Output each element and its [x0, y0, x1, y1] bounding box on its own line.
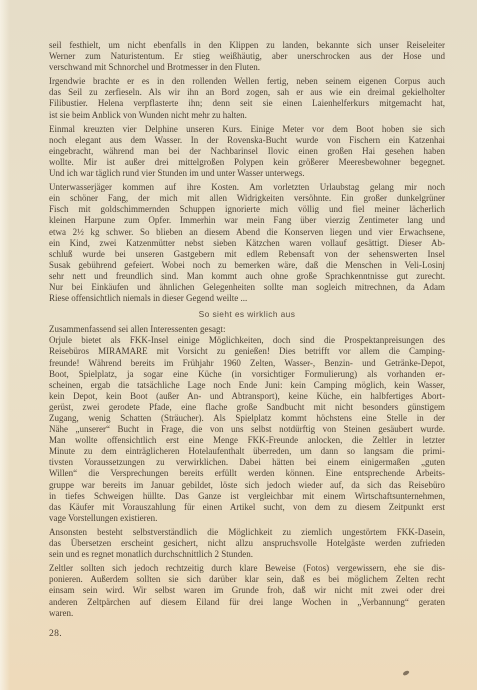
- text-line: ein Kind, zwei Katzenmütter nebst sieben…: [49, 238, 445, 249]
- ink-speck-artifact: [402, 670, 410, 676]
- text-line: Irgendwie brachte er es in den rollenden…: [49, 76, 445, 87]
- page-number: 28.: [49, 628, 62, 639]
- scanned-book-page: seil festhielt, um nicht ebenfalls in de…: [0, 0, 477, 690]
- text-line: ist sie beim Anblick von Wunden nicht me…: [49, 110, 445, 121]
- text-line: verschwand mit Schnorchel und Brotmesser…: [49, 62, 445, 73]
- section-heading: So sieht es wirklich aus: [49, 309, 445, 320]
- text-line: kein Depot, kein Boot (außer An- und Abt…: [49, 391, 445, 402]
- text-line: Einmal kreuzten vier Delphine unseren Ku…: [49, 124, 445, 135]
- text-line: Riese offensichtlich niemals in dieser G…: [49, 293, 445, 304]
- text-line: Minute zu dem einträglicheren Hotelaufen…: [49, 446, 445, 457]
- text-line: Zusammenfassend sei allen Interessenten …: [49, 324, 445, 335]
- text-line: anderen Zeltpärchen auf diesem Eiland fü…: [49, 597, 445, 608]
- paragraph: Irgendwie brachte er es in den rollenden…: [49, 76, 445, 120]
- text-line: Und ich war täglich rund vier Stunden im…: [49, 168, 445, 179]
- text-line: Willen“ die Versprechungen bereits erfül…: [49, 468, 445, 479]
- text-line: scheinen, ergab die tatsächliche Lage no…: [49, 380, 445, 391]
- text-line: wollte. Mir ist außer drei mittelgroßen …: [49, 157, 445, 168]
- text-line: seil festhielt, um nicht ebenfalls in de…: [49, 40, 445, 51]
- text-line: gerüst, zwei gerodete Pfade, eine flache…: [49, 402, 445, 413]
- text-line: Ansonsten besteht selbstverständlich die…: [49, 527, 445, 538]
- text-line: freunde! Während bereits im Frühjahr 196…: [49, 358, 445, 369]
- page-edge-highlight: [0, 0, 10, 690]
- text-line: waren.: [49, 608, 445, 619]
- text-line: sein und es regnet monatlich durchschnit…: [49, 549, 445, 560]
- paragraph: seil festhielt, um nicht ebenfalls in de…: [49, 40, 445, 73]
- text-line: sehr nett und freundlich sind. Man kommt…: [49, 271, 445, 282]
- paragraph: Orjule bietet als FKK-Insel einige Mögli…: [49, 335, 445, 524]
- text-line: Man wollte offensichtlich erst eine Meng…: [49, 435, 445, 446]
- text-line: Zeltler sollten sich jedoch rechtzeitig …: [49, 563, 445, 574]
- text-line: eingebracht, während man bei der Nachbar…: [49, 146, 445, 157]
- text-line: Fisch mit goldschimmernden Schuppen igno…: [49, 204, 445, 215]
- paragraph: Zeltler sollten sich jedoch rechtzeitig …: [49, 563, 445, 618]
- paragraph: Ansonsten besteht selbstverständlich die…: [49, 527, 445, 560]
- text-line: Zugang, wenig Schatten (Sträucher). Als …: [49, 413, 445, 424]
- text-line: Orjule bietet als FKK-Insel einige Mögli…: [49, 335, 445, 346]
- text-line: in tiefes Schweigen hüllte. Das Ganze is…: [49, 491, 445, 502]
- text-line: das Käufer mit Vorauszahlung für einen A…: [49, 502, 445, 513]
- text-line: das Übersetzen erscheint gesichert, nich…: [49, 538, 445, 549]
- text-line: tivsten Voraussetzungen zu verwirklichen…: [49, 457, 445, 468]
- text-line: Boot, Spielplatz, ja sogar eine Küche (i…: [49, 369, 445, 380]
- paragraph: Einmal kreuzten vier Delphine unseren Ku…: [49, 124, 445, 179]
- text-line: Unterwasserjäger kommen auf ihre Kosten.…: [49, 182, 445, 193]
- paragraph: Unterwasserjäger kommen auf ihre Kosten.…: [49, 182, 445, 304]
- text-line: noch elegant aus dem Wasser. In der Rove…: [49, 135, 445, 146]
- text-line: Filibustier. Helena verpflasterte ihn; d…: [49, 98, 445, 109]
- paragraph: Zusammenfassend sei allen Interessenten …: [49, 324, 445, 335]
- text-line: ponieren. Außerdem sollten sie sich darü…: [49, 574, 445, 585]
- text-line: das Seil zu zerfieseln. Als wir ihn an B…: [49, 87, 445, 98]
- text-line: gruppe war bereits im Januar gebildet, l…: [49, 480, 445, 491]
- text-line: Susak gebührend gefeiert. Wobei noch zu …: [49, 260, 445, 271]
- text-line: Werner zum Naturistentum. Er stieg weißh…: [49, 51, 445, 62]
- text-line: Nur bei Einkäufen und ähnlichen Gelegenh…: [49, 282, 445, 293]
- text-block: seil festhielt, um nicht ebenfalls in de…: [49, 40, 445, 619]
- text-line: schluß wurde bei unseren Gastgebern mit …: [49, 249, 445, 260]
- text-line: Reisebüros MIRAMARE mit Vorsicht zu geni…: [49, 346, 445, 357]
- text-line: einsam sein wird. Wir selbst waren im Gr…: [49, 585, 445, 596]
- text-line: kleinen Harpune zum Opfer. Immerhin war …: [49, 215, 445, 226]
- text-line: Nähe „unserer“ Bucht in Frage, die von u…: [49, 424, 445, 435]
- text-line: ein schöner Fang, der mich mit allen Wid…: [49, 193, 445, 204]
- text-line: etwa 2½ kg schwer. So blieben an diesem …: [49, 227, 445, 238]
- text-line: vage Vorstellungen existieren.: [49, 513, 445, 524]
